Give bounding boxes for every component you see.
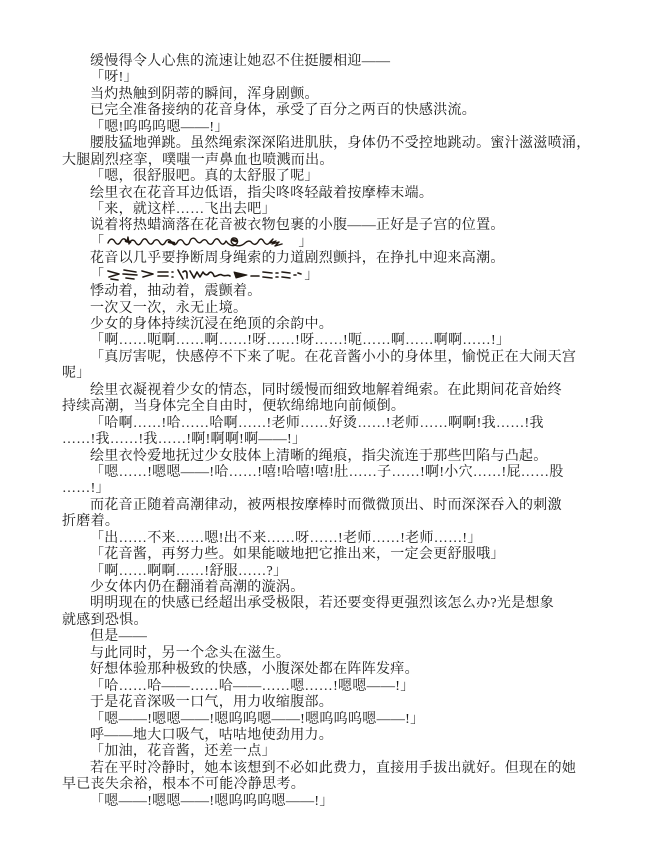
text-lines: 缓慢得令人心焦的流速让她忍不住挺腰相迎——「呀!」当灼热触到阴蒂的瞬间，浑身剧颤… [62, 54, 592, 810]
text-line: 于是花音深吸一口气，用力收缩腹部。 [62, 695, 592, 711]
scribble-line: 「 」 [62, 268, 592, 284]
text-line: 持续高潮，当身体完全自由时，便软绵绵地向前倾倒。 [62, 399, 592, 415]
illegible-scribble-icon [106, 235, 296, 248]
text-line: 「哈啊……!哈……哈啊……!老师……好烫……!老师……啊啊!我……!我 [62, 416, 592, 432]
text-line: 「出……不来……嗯!出不来……呀……!老师……!老师……!」 [62, 531, 592, 547]
text-line: 但是—— [62, 629, 592, 645]
text-line: 腰肢猛地弹跳。虽然绳索深深陷进肌肤，身体仍不受控地跳动。蜜汁滋滋喷涌， [62, 136, 592, 152]
text-line: 绘里衣在花音耳边低语，指尖咚咚轻敲着按摩棒末端。 [62, 186, 592, 202]
text-line: 呢」 [62, 366, 592, 382]
text-line: 与此同时，另一个念头在滋生。 [62, 646, 592, 662]
text-line: 「呀!」 [62, 70, 592, 86]
text-line: 「嗯，很舒服吧。真的太舒服了呢」 [62, 169, 592, 185]
text-line: 缓慢得令人心焦的流速让她忍不住挺腰相迎—— [62, 54, 592, 70]
novel-page: 缓慢得令人心焦的流速让她忍不住挺腰相迎——「呀!」当灼热触到阴蒂的瞬间，浑身剧颤… [0, 0, 650, 850]
text-line: 大腿剧烈痉挛，噗嗤一声鼻血也喷溅而出。 [62, 153, 592, 169]
text-line: 花音以几乎要挣断周身绳索的力道剧烈颤抖，在挣扎中迎来高潮。 [62, 251, 592, 267]
text-line: 好想体验那种极致的快感，小腹深处都在阵阵发痒。 [62, 662, 592, 678]
text-line: ……!」 [62, 481, 592, 497]
illegible-scribble-icon [106, 268, 302, 281]
text-line: 明明现在的快感已经超出承受极限，若还要变得更强烈该怎么办?光是想象 [62, 596, 592, 612]
text-line: 呼——地大口吸气，咕咕地使劲用力。 [62, 728, 592, 744]
text-line: 「嗯……!嗯嗯——!哈……!嘻!哈嘻!嘻!肚……子……!啊!小穴……!屁……股 [62, 465, 592, 481]
text-line: 少女的身体持续沉浸在绝顶的余韵中。 [62, 317, 592, 333]
text-line: 「嗯!呜呜呜嗯——!」 [62, 120, 592, 136]
scribble-line: 「 」 [62, 235, 592, 251]
text-line: 说着将热蜡滴落在花音被衣物包裹的小腹——正好是子宫的位置。 [62, 218, 592, 234]
text-line: 绘里衣凝视着少女的情态，同时缓慢而细致地解着绳索。在此期间花音始终 [62, 383, 592, 399]
text-line: 就感到恐惧。 [62, 613, 592, 629]
text-line: 「哈……哈——……哈——……嗯……!嗯嗯——!」 [62, 679, 592, 695]
text-line: ……!我……!我……!啊!啊啊!啊——!」 [62, 432, 592, 448]
text-line: 若在平时冷静时，她本该想到不必如此费力，直接用手拔出就好。但现在的她 [62, 761, 592, 777]
text-line: 悸动着，抽动着，震颤着。 [62, 284, 592, 300]
text-line: 「真厉害呢，快感停不下来了呢。在花音酱小小的身体里，愉悦正在大闹天宫 [62, 350, 592, 366]
text-line: 而花音正随着高潮律动，被两根按摩棒时而微微顶出、时而深深吞入的刺激 [62, 498, 592, 514]
text-line: 早已丧失余裕，根本不可能冷静思考。 [62, 777, 592, 793]
text-line: 「啊……啊啊……!舒服……?」 [62, 564, 592, 580]
text-line: 「啊……呃啊……啊……!呀……!呀……!呃……啊……啊啊……!」 [62, 333, 592, 349]
text-line: 绘里衣怜爱地抚过少女肢体上清晰的绳痕，指尖流连于那些凹陷与凸起。 [62, 449, 592, 465]
text-line: 「加油，花音酱，还差一点」 [62, 744, 592, 760]
text-line: 「嗯——!嗯嗯——!嗯呜呜呜嗯——!」 [62, 794, 592, 810]
text-line: 「嗯——!嗯嗯——!嗯呜呜嗯——!嗯呜呜呜嗯——!」 [62, 712, 592, 728]
text-line: 少女体内仍在翻涌着高潮的漩涡。 [62, 580, 592, 596]
text-line: 已完全准备接纳的花音身体，承受了百分之两百的快感洪流。 [62, 103, 592, 119]
text-line: 「花音酱，再努力些。如果能啵地把它推出来，一定会更舒服哦」 [62, 547, 592, 563]
text-line: 「来，就这样……飞出去吧」 [62, 202, 592, 218]
text-line: 一次又一次，永无止境。 [62, 301, 592, 317]
text-line: 折磨着。 [62, 514, 592, 530]
text-line: 当灼热触到阴蒂的瞬间，浑身剧颤。 [62, 87, 592, 103]
